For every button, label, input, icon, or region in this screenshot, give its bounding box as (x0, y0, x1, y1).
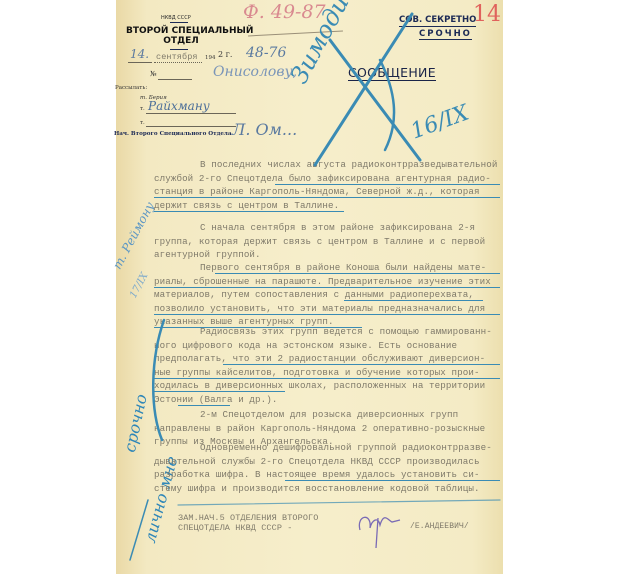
date-day-line (128, 62, 152, 63)
body-line: разработка шифра. В настоящее время удал… (154, 469, 480, 480)
body-line: Эстонии (Валга и др.). (154, 394, 278, 405)
body-line: стему шифра и производится восстановлени… (154, 483, 480, 494)
pencil-underline (154, 287, 500, 288)
pencil-underline (344, 300, 482, 301)
body-line: группа, которая держит связь с центром в… (154, 236, 485, 247)
signer-title-line1: ЗАМ.НАЧ.5 ОТДЕЛЕНИЯ ВТОРОГО (178, 513, 318, 523)
body-line: дывательной службы 2-го Спецотдела НКВД … (154, 456, 480, 467)
department-line2: ОТДЕЛ (126, 36, 236, 46)
priority-stamp: СРОЧНО (419, 29, 472, 40)
pencil-underline (215, 273, 500, 274)
body-line: агентурной группой. (154, 249, 261, 260)
recipient-2-line (146, 113, 236, 114)
chief-label: Нач. Второго Специального Отдела (114, 131, 231, 137)
distribution-label: Рассылать: (115, 85, 147, 91)
number-label: № (150, 70, 157, 78)
agency-label: НКВД СССР (161, 15, 191, 21)
pencil-underline (154, 211, 344, 212)
recipient-3-label: т. (140, 120, 145, 126)
body-line: предполагать, что эти 2 радиостанции обс… (154, 353, 485, 364)
body-line: Одновременно дешифровальной группой ради… (200, 442, 492, 453)
chief-signature: Л. Ом... (232, 120, 297, 139)
department-line1: ВТОРОЙ СПЕЦИАЛЬНЫЙ (126, 26, 236, 36)
date-year-prefix: 194 (205, 55, 216, 61)
date-month: сентября (156, 52, 198, 62)
number-field[interactable] (158, 79, 192, 80)
body-line: материалов, путем сопоставления с данным… (154, 289, 474, 300)
body-line: Первого сентября в районе Коноша были на… (200, 262, 486, 273)
body-line: С начала сентября в этом районе зафиксир… (200, 222, 475, 233)
body-line: станция в районе Каргополь-Няндома, Севе… (154, 186, 480, 197)
body-line: держит связь с центром в Таллине. (154, 200, 339, 211)
department-name: ВТОРОЙ СПЕЦИАЛЬНЫЙ ОТДЕЛ (126, 26, 236, 46)
signer-title-line2: СПЕЦОТДЕЛА НКВД СССР - (178, 523, 292, 533)
signer-name: /Е.АНДЕЕВИЧ/ (410, 522, 469, 531)
body-line: направлены в район Каргополь-Няндома 2 о… (154, 423, 485, 434)
classification-stamp: СОВ. СЕКРЕТНО (399, 15, 476, 27)
body-line: риалы, сброшенные на парашюте. Предварит… (154, 276, 491, 287)
body-line: ного цифрового кода на эстонском языке. … (154, 340, 457, 351)
document-title: СООБЩЕНИЕ (348, 65, 436, 81)
pencil-underline (154, 314, 500, 315)
body-line: ходилась в диверсионных школах, располож… (154, 380, 485, 391)
registration-number: 48-76 (246, 45, 286, 61)
body-line: В последних числах августа радиоконтрраз… (200, 159, 498, 170)
pencil-underline (154, 378, 500, 379)
body-line: Радиосвязь этих групп ведется с помощью … (200, 326, 492, 337)
body-line: 2-м Спецотделом для розыска диверсионных… (200, 409, 458, 420)
body-line: службой 2-го Спецотдела было зафиксирова… (154, 173, 491, 184)
department-rule (170, 49, 188, 50)
date-day: 14. (130, 47, 149, 61)
pencil-underline (154, 391, 285, 392)
date-month-line (154, 62, 202, 63)
recipient-2-label: т. (140, 106, 145, 112)
recipient-2-handwritten: Райхману (148, 99, 210, 113)
pencil-underline (178, 405, 230, 406)
recipient-3-line (146, 126, 236, 127)
body-line: ные группы кайселитов, подготовка и обуч… (154, 367, 480, 378)
body-line: позволило установить, что эти материалы … (154, 303, 485, 314)
pencil-underline (285, 480, 500, 481)
date-year-suffix: 2 г. (218, 50, 232, 59)
page-number: 14 (473, 2, 501, 27)
pencil-underline (275, 184, 500, 185)
agency-rule (170, 22, 188, 23)
pencil-underline (154, 197, 500, 198)
addressee-surname: Онисолову, (213, 64, 297, 80)
pencil-underline (223, 364, 500, 365)
